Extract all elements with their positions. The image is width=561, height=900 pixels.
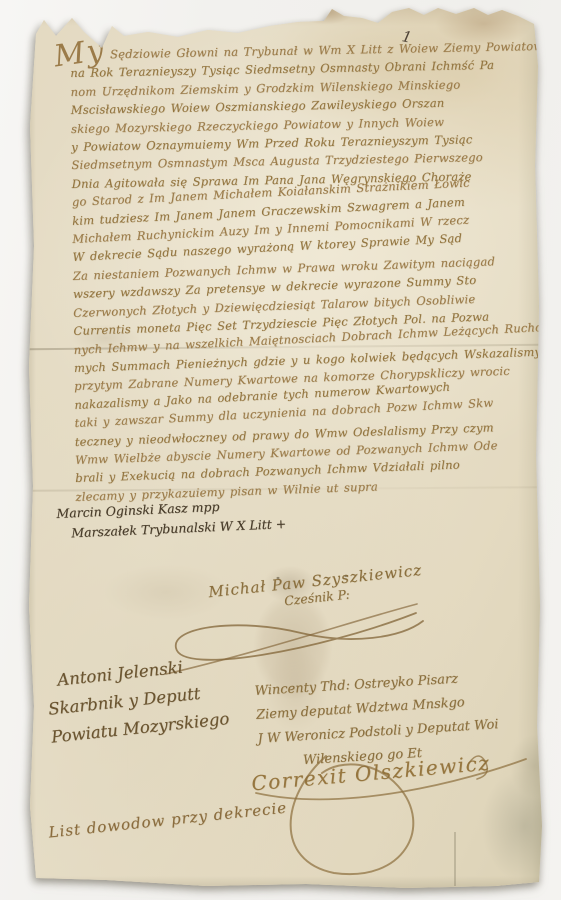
marshal-signature: Marcin Oginski Kasz mpp Marszałek Trybun…: [56, 494, 287, 544]
docket-note: List dowodow przy dekrecie: [48, 799, 288, 842]
manuscript-paper: 1 My Sędziowie Głowni na Trybunał w Wm X…: [26, 6, 546, 890]
fold-crease-vertical: [454, 832, 456, 886]
scan-background: 1 My Sędziowie Głowni na Trybunał w Wm X…: [0, 0, 561, 900]
paper-shadow-wrap: 1 My Sędziowie Głowni na Trybunał w Wm X…: [26, 6, 546, 890]
center-signature: Michał Paw Szyszkiewicz Cześnik P:: [175, 557, 457, 619]
manuscript-body: Sędziowie Głowni na Trybunał w Wm X Litt…: [70, 40, 532, 506]
left-signature-block: Antoni Jelenski Skarbnik y Deputt Powiat…: [44, 649, 231, 751]
